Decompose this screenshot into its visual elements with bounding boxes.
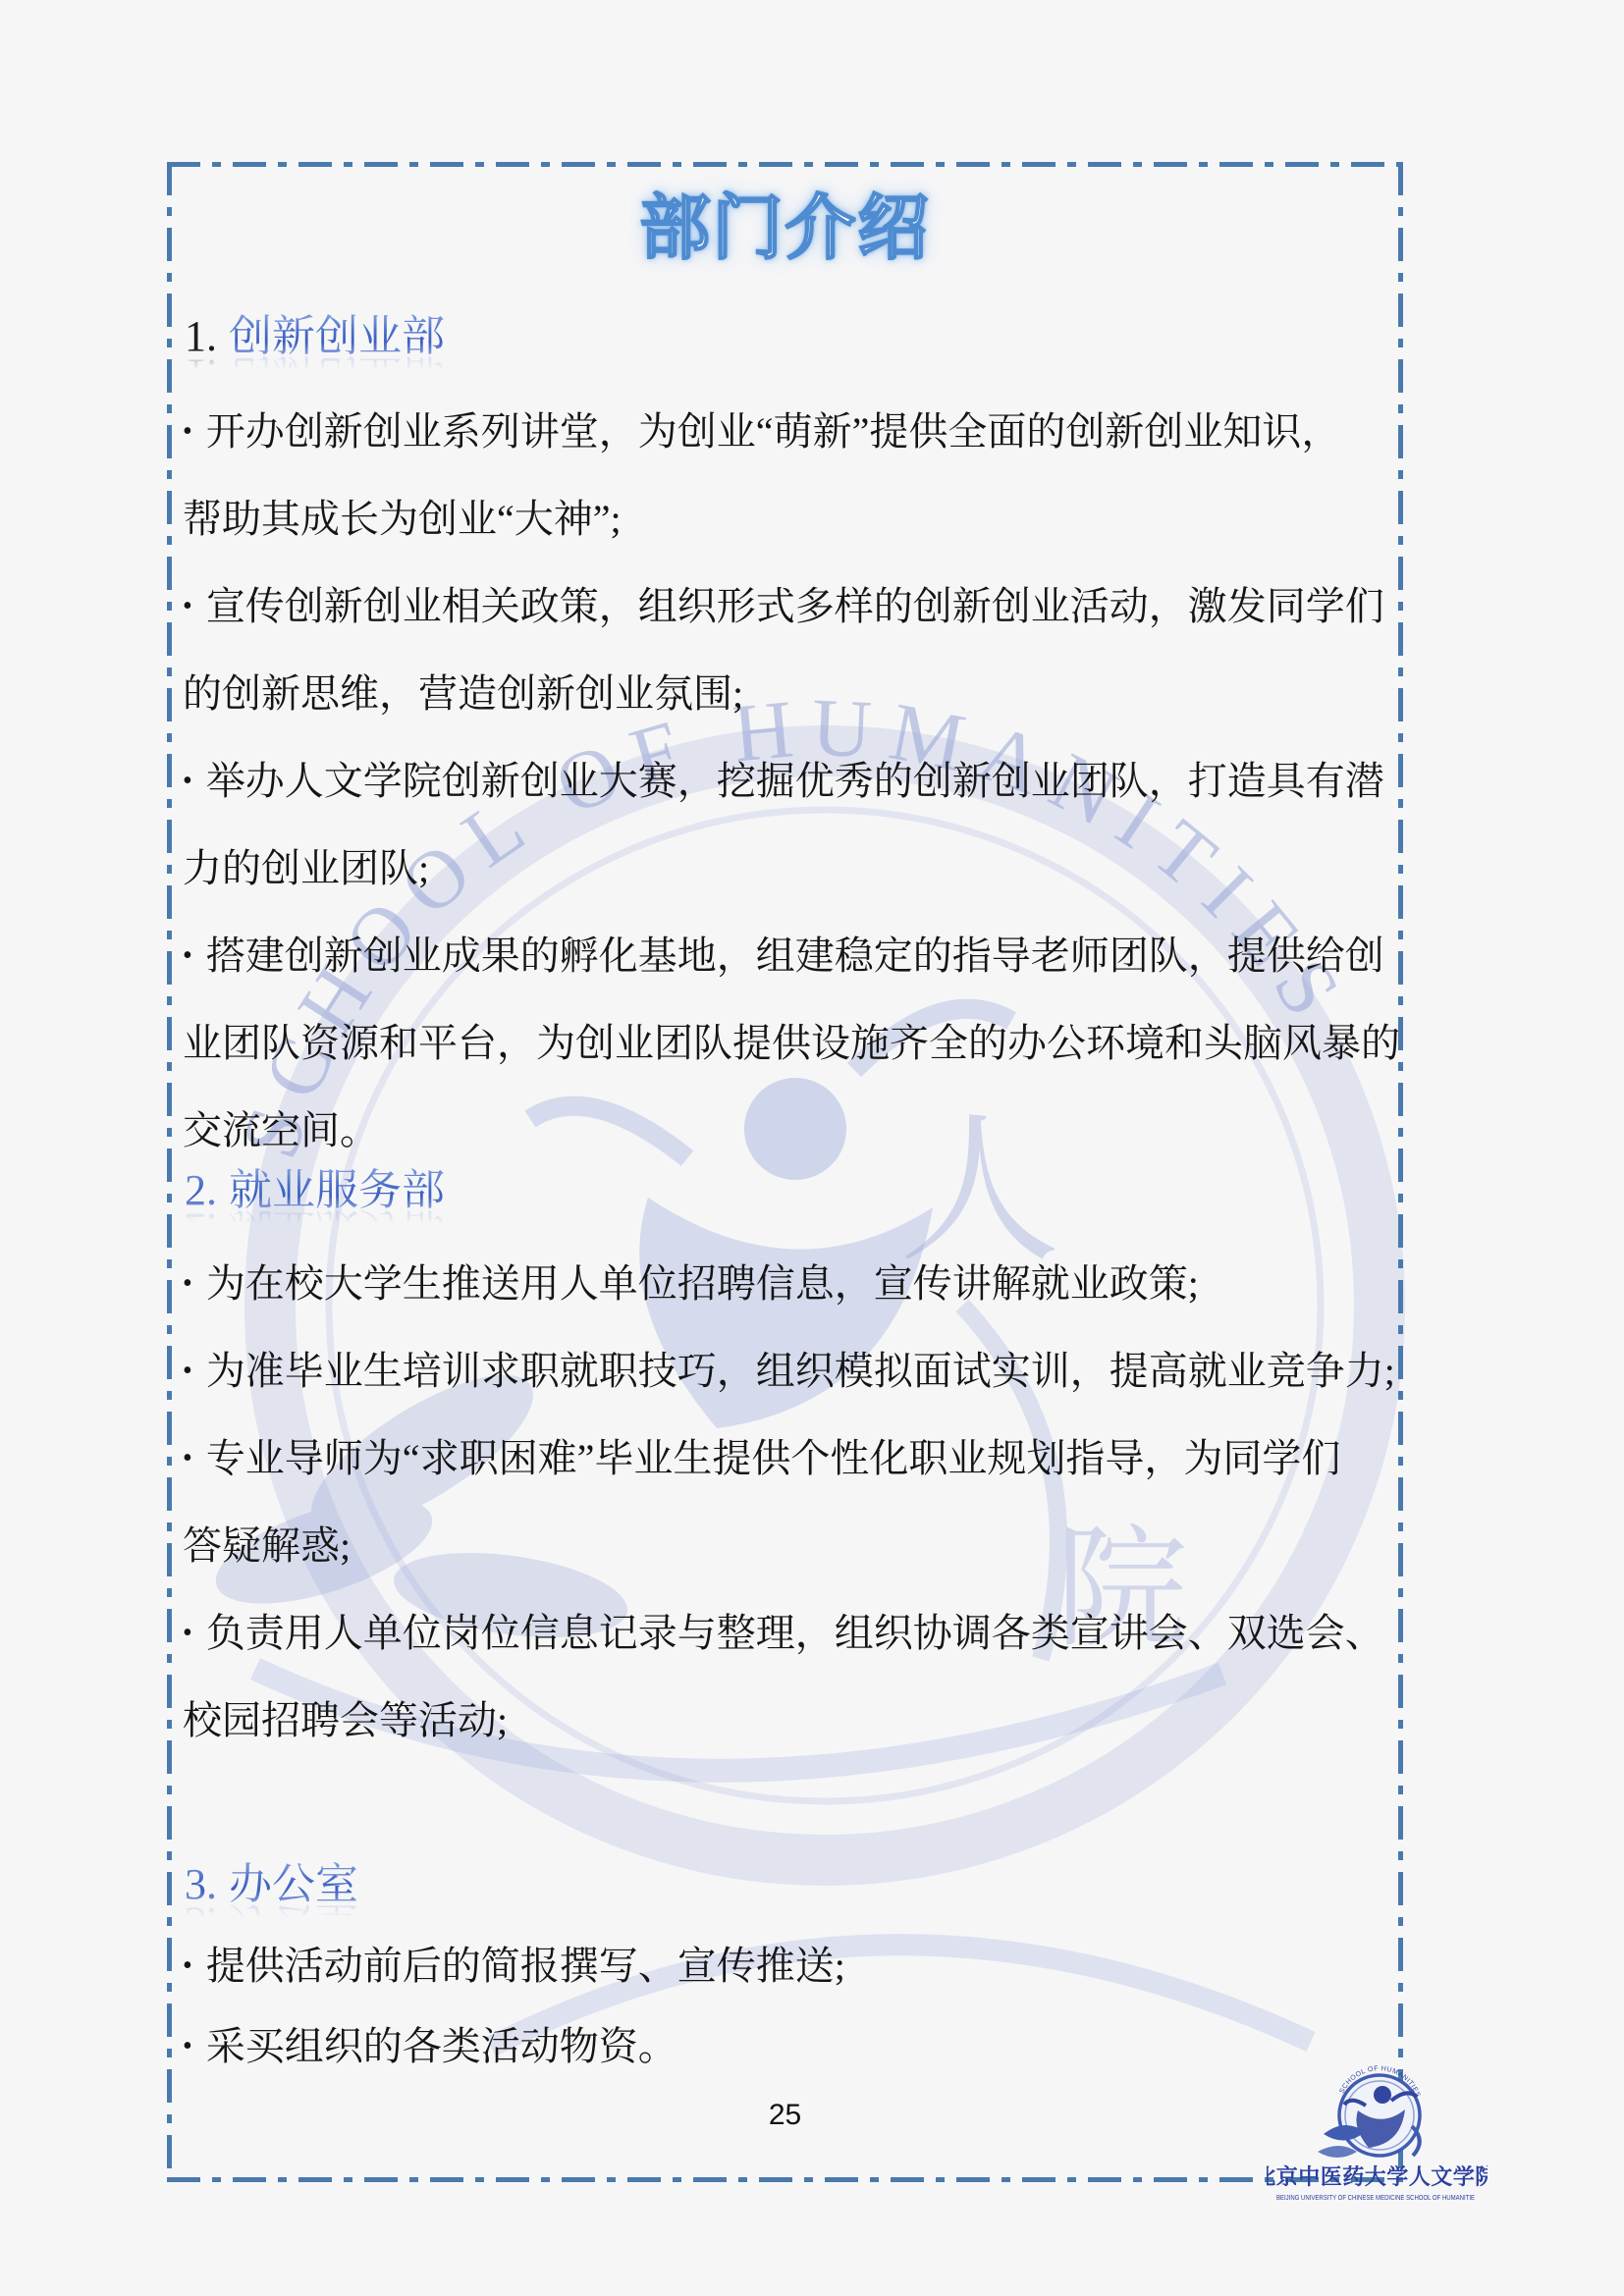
text-line: 的创新思维，营造创新创业氛围; xyxy=(183,669,743,719)
text-line: •宣传创新创业相关政策，组织形式多样的创新创业活动，激发同学们 xyxy=(183,582,1384,631)
page-number: 25 xyxy=(167,2099,1403,2132)
section-number: 1. xyxy=(185,312,217,360)
section-name: 创新创业部 xyxy=(229,312,445,360)
section-heading-2: 2.就业服务部 xyxy=(185,1166,445,1216)
bullet-dot: • xyxy=(183,2022,192,2071)
watermark-arc-text: SCHOOL OF HUMANITIES xyxy=(224,682,1366,1169)
bullet-dot: • xyxy=(183,1609,192,1658)
text-line: 交流空间。 xyxy=(183,1106,379,1155)
page-title: 部门介绍 xyxy=(167,188,1403,270)
line-text: 交流空间。 xyxy=(183,1108,379,1152)
bullet-dot: • xyxy=(183,932,192,981)
line-text: 负责用人单位岗位信息记录与整理，组织协调各类宣讲会、双选会、 xyxy=(206,1611,1384,1655)
dashed-border-right xyxy=(1398,162,1403,2182)
text-line: 答疑解惑; xyxy=(183,1522,351,1571)
dashed-border-left xyxy=(167,162,172,2182)
line-text: 搭建创新创业成果的孵化基地，组建稳定的指导老师团队，提供给创 xyxy=(206,934,1384,978)
line-text: 采买组织的各类活动物资。 xyxy=(206,2024,677,2068)
line-text: 校园招聘会等活动; xyxy=(183,1698,508,1742)
line-text: 提供活动前后的简报撰写、宣传推送; xyxy=(206,1944,845,1988)
text-line: •负责用人单位岗位信息记录与整理，组织协调各类宣讲会、双选会、 xyxy=(183,1609,1384,1658)
logo-name-en: BEIJING UNIVERSITY OF CHINESE MEDICINE S… xyxy=(1276,2193,1475,2202)
bullet-dot: • xyxy=(183,407,192,456)
logo-figure-head xyxy=(1374,2086,1391,2104)
line-text: 为准毕业生培训求职就职技巧，组织模拟面试实训，提高就业竞争力; xyxy=(206,1349,1395,1393)
section-number: 2. xyxy=(185,1166,217,1214)
line-text: 宣传创新创业相关政策，组织形式多样的创新创业活动，激发同学们 xyxy=(206,584,1384,628)
watermark-figure-head xyxy=(744,1078,846,1180)
document-page: SCHOOL OF HUMANITIES 人 院 部门介绍 1.创新创业部•开办… xyxy=(0,0,1624,2296)
text-line: •搭建创新创业成果的孵化基地，组建稳定的指导老师团队，提供给创 xyxy=(183,932,1384,981)
text-line: •提供活动前后的简报撰写、宣传推送; xyxy=(183,1942,845,1991)
bullet-dot: • xyxy=(183,582,192,631)
bullet-dot: • xyxy=(183,1259,192,1308)
text-line: 力的创业团队; xyxy=(183,844,429,893)
text-line: •为准毕业生培训求职就职技巧，组织模拟面试实训，提高就业竞争力; xyxy=(183,1347,1395,1396)
text-line: 业团队资源和平台，为创业团队提供设施齐全的办公环境和头脑风暴的 xyxy=(183,1019,1400,1068)
logo-name-cn: 北京中医药大学人文学院 xyxy=(1267,2164,1488,2189)
line-text: 举办人文学院创新创业大赛，挖掘优秀的创新创业团队，打造具有潜 xyxy=(206,759,1384,803)
text-line: •开办创新创业系列讲堂，为创业“萌新”提供全面的创新创业知识， xyxy=(183,407,1340,456)
bullet-dot: • xyxy=(183,757,192,806)
text-line: •专业导师为“求职困难”毕业生提供个性化职业规划指导，为同学们 xyxy=(183,1434,1340,1483)
section-number: 3. xyxy=(185,1860,217,1908)
bullet-dot: • xyxy=(183,1347,192,1396)
line-text: 业团队资源和平台，为创业团队提供设施齐全的办公环境和头脑风暴的 xyxy=(183,1021,1400,1065)
section-name: 就业服务部 xyxy=(229,1166,445,1214)
text-line: •举办人文学院创新创业大赛，挖掘优秀的创新创业团队，打造具有潜 xyxy=(183,757,1384,806)
dashed-border-bottom xyxy=(167,2177,1403,2182)
line-text: 专业导师为“求职困难”毕业生提供个性化职业规划指导，为同学们 xyxy=(206,1436,1341,1480)
line-text: 为在校大学生推送用人单位招聘信息，宣传讲解就业政策; xyxy=(206,1261,1199,1306)
bullet-dot: • xyxy=(183,1942,192,1991)
line-text: 帮助其成长为创业“大神”; xyxy=(183,497,622,541)
text-line: 校园招聘会等活动; xyxy=(183,1696,508,1745)
text-line: 帮助其成长为创业“大神”; xyxy=(183,495,622,544)
dashed-border-top xyxy=(167,162,1403,167)
line-text: 力的创业团队; xyxy=(183,846,429,890)
watermark-calligraphy-1: 人 xyxy=(898,1102,1060,1282)
section-name: 办公室 xyxy=(229,1860,358,1908)
line-text: 答疑解惑; xyxy=(183,1523,351,1568)
section-heading-1: 1.创新创业部 xyxy=(185,312,445,362)
line-text: 的创新思维，营造创新创业氛围; xyxy=(183,671,743,716)
section-heading-3: 3.办公室 xyxy=(185,1860,358,1910)
text-line: •采买组织的各类活动物资。 xyxy=(183,2022,677,2071)
svg-text:SCHOOL OF HUMANITIES: SCHOOL OF HUMANITIES xyxy=(224,682,1366,1169)
text-line: •为在校大学生推送用人单位招聘信息，宣传讲解就业政策; xyxy=(183,1259,1199,1308)
university-logo: SCHOOL OF HUMANITIES 北京中医药大学人文学院 BEIJING… xyxy=(1267,2050,1488,2209)
bullet-dot: • xyxy=(183,1434,192,1483)
line-text: 开办创新创业系列讲堂，为创业“萌新”提供全面的创新创业知识， xyxy=(206,409,1341,454)
